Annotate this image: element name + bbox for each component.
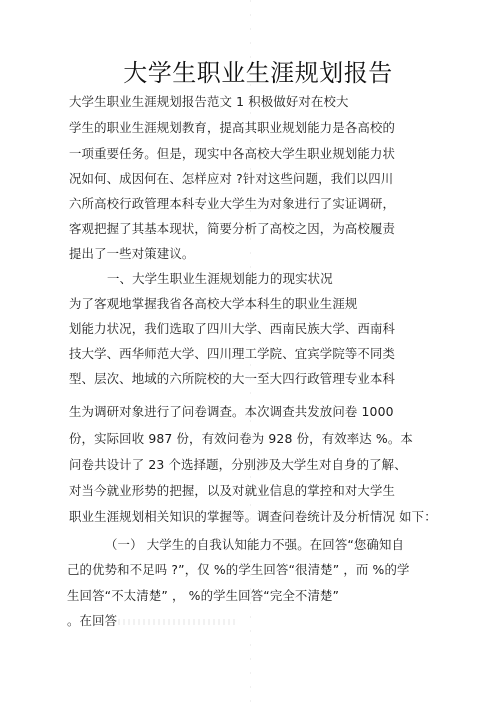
paragraph-line: 份，实际回收 987 份，有效问卷为 928 份，有效率达 %。本 [69, 431, 413, 447]
paragraph-line: 。在回答 [67, 613, 117, 629]
subsection-heading: （一） 大学生的自我认知能力不强。在回答“您确知自 [105, 537, 404, 553]
paragraph-line: 型、层次、地域的六所院校的大一至大四行政管理专业本科 [69, 371, 395, 387]
paragraph-line: 提出了一些对策建议。 [69, 246, 194, 262]
paragraph-line: 学生的职业生涯规划教育，提高其职业规划能力是各高校的 [69, 120, 395, 136]
paragraph-line: 问卷共设计了 23 个选择题，分别涉及大学生对自身的了解、 [69, 457, 407, 473]
paragraph-line: 一项重要任务。但是，现实中各高校大学生职业规划能力状 [69, 146, 395, 162]
scan-artifact-smudge [118, 619, 238, 625]
paragraph-line: 技大学、西华师范大学、四川理工学院、宜宾学院等不同类 [69, 346, 395, 362]
paragraph-line: 为了客观地掌握我省各高校大学本科生的职业生涯规 [69, 296, 357, 312]
paragraph-line: 职业生涯规划相关知识的掌握等。调查问卷统计及分析情况 如下： [69, 509, 437, 525]
section-heading: 一、大学生职业生涯规划能力的现实状况 [107, 271, 333, 287]
document-title: 大学生职业生涯规划报告 [0, 58, 500, 88]
paragraph-line: 划能力状况，我们选取了四川大学、西南民族大学、西南科 [69, 321, 395, 337]
document-page: 大学生职业生涯规划报告 大学生职业生涯规划报告范文 1 积极做好对在校大 学生的… [0, 0, 500, 708]
paragraph-line: 生回答“不太清楚” ， %的学生回答“完全不清楚” [67, 588, 339, 604]
paragraph-line: 生为调研对象进行了问卷调查。本次调查共发放问卷 1000 [69, 404, 394, 420]
paragraph-line: 己的优势和不足吗 ?”，仅 %的学生回答“很清楚” ，而 %的学 [67, 562, 410, 578]
paragraph-line: 况如何、成因何在、怎样应对 ?针对这些问题，我们以四川 [69, 171, 393, 187]
paragraph-line: 大学生职业生涯规划报告范文 1 积极做好对在校大 [69, 94, 349, 110]
paragraph-line: 客观把握了其基本现状，简要分析了高校之因，为高校履责 [69, 221, 395, 237]
paragraph-line: 对当今就业形势的把握，以及对就业信息的掌控和对大学生 [69, 483, 395, 499]
paragraph-line: 六所高校行政管理本科专业大学生为对象进行了实证调研， [69, 196, 395, 212]
